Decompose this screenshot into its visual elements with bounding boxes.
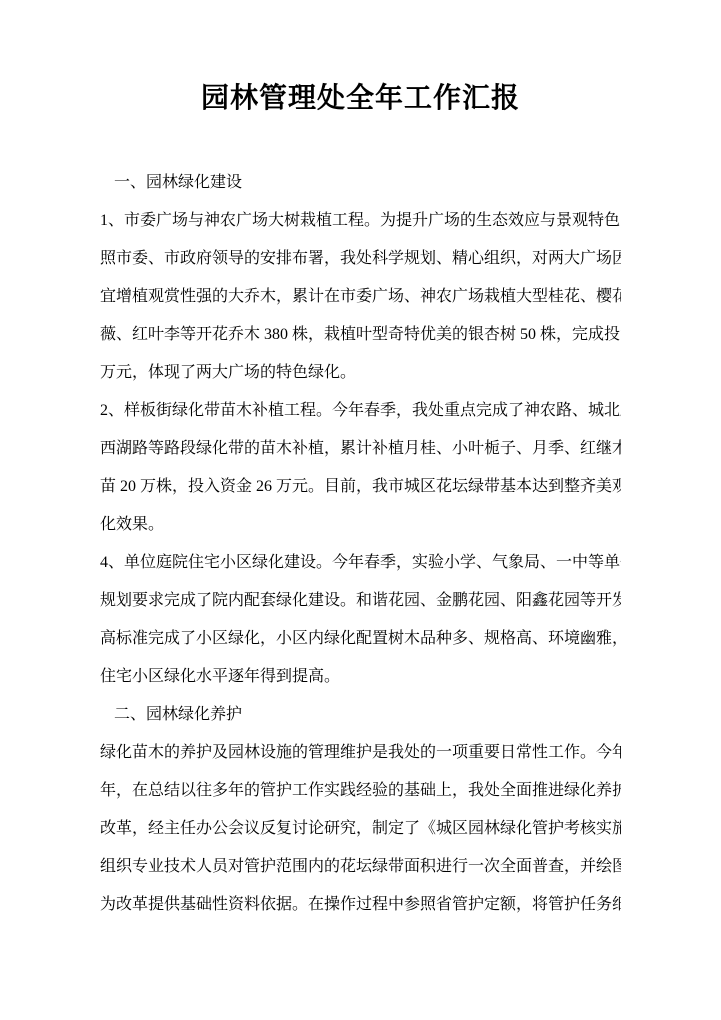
paragraph-line: 规划要求完成了院内配套绿化建设。和谐花园、金鹏花园、阳鑫花园等开发项目 <box>100 582 621 620</box>
paragraph-line: 2、样板街绿化带苗木补植工程。今年春季，我处重点完成了神农路、城北路、 <box>100 392 621 430</box>
paragraph-line: 化效果。 <box>100 506 621 544</box>
paragraph-line: 年，在总结以往多年的管护工作实践经验的基础上，我处全面推进绿化养护工作 <box>100 772 621 810</box>
section-1-heading: 一、园林绿化建设 <box>100 164 621 202</box>
paragraph-line: 绿化苗木的养护及园林设施的管理维护是我处的一项重要日常性工作。今年上半 <box>100 734 621 772</box>
paragraph-line: 薇、红叶李等开花乔木 380 株，栽植叶型奇特优美的银杏树 50 株，完成投资 … <box>100 316 621 354</box>
document-body: 一、园林绿化建设 1、市委广场与神农广场大树栽植工程。为提升广场的生态效应与景观… <box>100 164 621 924</box>
paragraph-line: 为改革提供基础性资料依据。在操作过程中参照省管护定额，将管护任务细分到 <box>100 886 621 924</box>
paragraph-line: 苗 20 万株，投入资金 26 万元。目前，我市城区花坛绿带基本达到整齐美观的绿 <box>100 468 621 506</box>
document-page: 园林管理处全年工作汇报 一、园林绿化建设 1、市委广场与神农广场大树栽植工程。为… <box>0 0 721 1020</box>
paragraph-line: 西湖路等路段绿化带的苗木补植，累计补植月桂、小叶栀子、月季、红继木等小 <box>100 430 621 468</box>
paragraph-line: 万元，体现了两大广场的特色绿化。 <box>100 354 621 392</box>
document-title: 园林管理处全年工作汇报 <box>0 82 721 116</box>
paragraph-line: 宜增植观赏性强的大乔木，累计在市委广场、神农广场栽植大型桂花、樱花、紫 <box>100 278 621 316</box>
paragraph-line: 改革，经主任办公会议反复讨论研究，制定了《城区园林绿化管护考核实施细则》， <box>100 810 621 848</box>
paragraph-line: 1、市委广场与神农广场大树栽植工程。为提升广场的生态效应与景观特色，按 <box>100 202 621 240</box>
paragraph-line: 照市委、市政府领导的安排布署，我处科学规划、精心组织，对两大广场因地制 <box>100 240 621 278</box>
paragraph-line: 高标准完成了小区绿化，小区内绿化配置树木品种多、规格高、环境幽雅，我市 <box>100 620 621 658</box>
paragraph-line: 组织专业技术人员对管护范围内的花坛绿带面积进行一次全面普查，并绘图建档， <box>100 848 621 886</box>
section-2-heading: 二、园林绿化养护 <box>100 696 621 734</box>
paragraph-line: 4、单位庭院住宅小区绿化建设。今年春季，实验小学、气象局、一中等单位按 <box>100 544 621 582</box>
paragraph-line: 住宅小区绿化水平逐年得到提高。 <box>100 658 621 696</box>
